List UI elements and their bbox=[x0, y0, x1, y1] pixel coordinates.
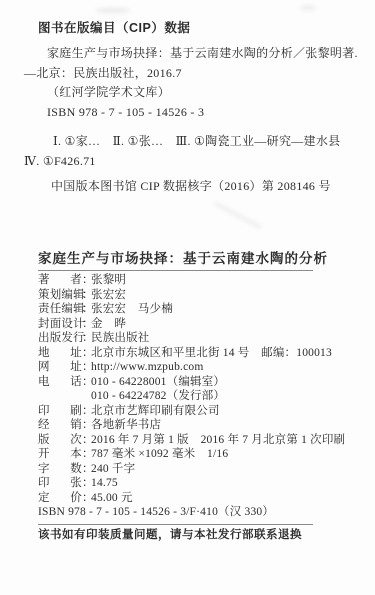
colophon-value: 45.00 元 bbox=[91, 492, 133, 504]
colophon-separator: ： bbox=[82, 491, 91, 506]
colophon-value: 787 毫米 ×1092 毫米 1/16 bbox=[91, 448, 228, 460]
colophon-value: 北京市东城区和平里北街 14 号 邮编：100013 bbox=[91, 347, 332, 359]
colophon-value: 010 - 64228001（编辑室） bbox=[91, 376, 225, 388]
colophon-value: 北京市艺辉印刷有限公司 bbox=[91, 405, 220, 417]
colophon-label: 版次 bbox=[38, 433, 82, 448]
colophon-label: 开本 bbox=[38, 447, 82, 462]
colophon-label: 网址 bbox=[38, 360, 82, 375]
colophon-row-publisher: 出版发行：民族出版社 bbox=[38, 331, 351, 346]
colophon-label: 策划编辑 bbox=[38, 288, 82, 303]
title-divider bbox=[38, 270, 313, 272]
colophon-label: 责任编辑 bbox=[38, 302, 82, 317]
colophon-row-edition: 版次：2016 年 7 月第 1 版 2016 年 7 月北京第 1 次印刷 bbox=[38, 433, 351, 448]
colophon-separator: ： bbox=[82, 331, 91, 346]
cip-block: 图书在版编目（CIP）数据 家庭生产与市场抉择：基于云南建水陶的分析／张黎明著.… bbox=[38, 20, 351, 197]
colophon-value: 010 - 64224782（发行部） bbox=[91, 390, 225, 402]
cip-classification-line2: Ⅳ. ①F426.71 bbox=[24, 152, 351, 172]
colophon-separator: ： bbox=[82, 447, 91, 462]
colophon-value: 2016 年 7 月第 1 版 2016 年 7 月北京第 1 次印刷 bbox=[91, 434, 345, 446]
colophon-row-phone-2: 010 - 64224782（发行部） bbox=[38, 389, 351, 404]
colophon-value: 张宏宏 bbox=[91, 289, 126, 301]
colophon-label: 经销 bbox=[38, 418, 82, 433]
cip-entry-line1: 家庭生产与市场抉择：基于云南建水陶的分析／张黎明著. bbox=[38, 44, 351, 64]
colophon-value: 14.75 bbox=[91, 477, 118, 489]
colophon-row-sheets: 印张：14.75 bbox=[38, 476, 351, 491]
cip-series: （红河学院学术文库） bbox=[38, 83, 351, 103]
colophon-separator: ： bbox=[82, 288, 91, 303]
colophon-label: 印刷 bbox=[38, 404, 82, 419]
colophon-label: 封面设计 bbox=[38, 317, 82, 332]
cip-entry-line2: —北京：民族出版社，2016.7 bbox=[24, 64, 351, 84]
colophon: 著者：张黎明 策划编辑：张宏宏 责任编辑：张宏宏 马少楠 封面设计：金 晔 出版… bbox=[38, 273, 351, 520]
colophon-isbn-line: ISBN 978 - 7 - 105 - 14526 - 3/F·410（汉 3… bbox=[38, 505, 351, 520]
colophon-value: 张黎明 bbox=[91, 274, 126, 286]
colophon-label: 印张 bbox=[38, 476, 82, 491]
colophon-row-phone-1: 电话：010 - 64228001（编辑室） bbox=[38, 375, 351, 390]
colophon-row-planning-editor: 策划编辑：张宏宏 bbox=[38, 288, 351, 303]
colophon-row-responsible-editor: 责任编辑：张宏宏 马少楠 bbox=[38, 302, 351, 317]
book-title: 家庭生产与市场抉择：基于云南建水陶的分析 bbox=[38, 251, 351, 267]
footer-note: 该书如有印装质量问题，请与本社发行部联系退换 bbox=[38, 528, 351, 542]
cip-classification-line1: Ⅰ. ①家… Ⅱ. ①张… Ⅲ. ①陶瓷工业—研究—建水县 bbox=[38, 132, 351, 152]
colophon-label: 字数 bbox=[38, 462, 82, 477]
colophon-row-format: 开本：787 毫米 ×1092 毫米 1/16 bbox=[38, 447, 351, 462]
colophon-label: 电话 bbox=[38, 375, 82, 390]
colophon-value: http://www.mzpub.com bbox=[91, 361, 204, 373]
colophon-separator: ： bbox=[82, 375, 91, 390]
page-content: 图书在版编目（CIP）数据 家庭生产与市场抉择：基于云南建水陶的分析／张黎明著.… bbox=[0, 0, 375, 542]
colophon-label: 出版发行 bbox=[38, 331, 82, 346]
colophon-row-address: 地址：北京市东城区和平里北街 14 号 邮编：100013 bbox=[38, 346, 351, 361]
footer-divider bbox=[38, 524, 313, 526]
colophon-row-printer: 印刷：北京市艺辉印刷有限公司 bbox=[38, 404, 351, 419]
colophon-row-cover-design: 封面设计：金 晔 bbox=[38, 317, 351, 332]
colophon-separator: ： bbox=[82, 346, 91, 361]
colophon-label: 定价 bbox=[38, 491, 82, 506]
colophon-separator: ： bbox=[82, 302, 91, 317]
colophon-label: 著者 bbox=[38, 273, 82, 288]
colophon-value: 金 晔 bbox=[91, 318, 126, 330]
cip-copyright-page: { "cip_block": { "header": "图书在版编目（CIP）数… bbox=[0, 0, 375, 595]
colophon-label: 地址 bbox=[38, 346, 82, 361]
colophon-row-price: 定价：45.00 元 bbox=[38, 491, 351, 506]
colophon-value: 张宏宏 马少楠 bbox=[91, 303, 173, 315]
colophon-row-website: 网址：http://www.mzpub.com bbox=[38, 360, 351, 375]
colophon-separator: ： bbox=[82, 360, 91, 375]
cip-isbn: ISBN 978 - 7 - 105 - 14526 - 3 bbox=[38, 103, 351, 123]
colophon-row-distributor: 经销：各地新华书店 bbox=[38, 418, 351, 433]
cip-record-number: 中国版本图书馆 CIP 数据核字（2016）第 208146 号 bbox=[38, 177, 351, 197]
colophon-value: 240 千字 bbox=[91, 463, 135, 475]
colophon-row-word-count: 字数：240 千字 bbox=[38, 462, 351, 477]
cip-header: 图书在版编目（CIP）数据 bbox=[38, 20, 351, 36]
colophon-separator: ： bbox=[82, 317, 91, 332]
colophon-separator: ： bbox=[82, 433, 91, 448]
colophon-separator: ： bbox=[82, 404, 91, 419]
colophon-value: 各地新华书店 bbox=[91, 419, 161, 431]
colophon-row-author: 著者：张黎明 bbox=[38, 273, 351, 288]
colophon-separator: ： bbox=[82, 418, 91, 433]
colophon-separator: ： bbox=[82, 476, 91, 491]
colophon-value: 民族出版社 bbox=[91, 332, 150, 344]
colophon-separator: ： bbox=[82, 462, 91, 477]
colophon-separator: ： bbox=[82, 273, 91, 288]
